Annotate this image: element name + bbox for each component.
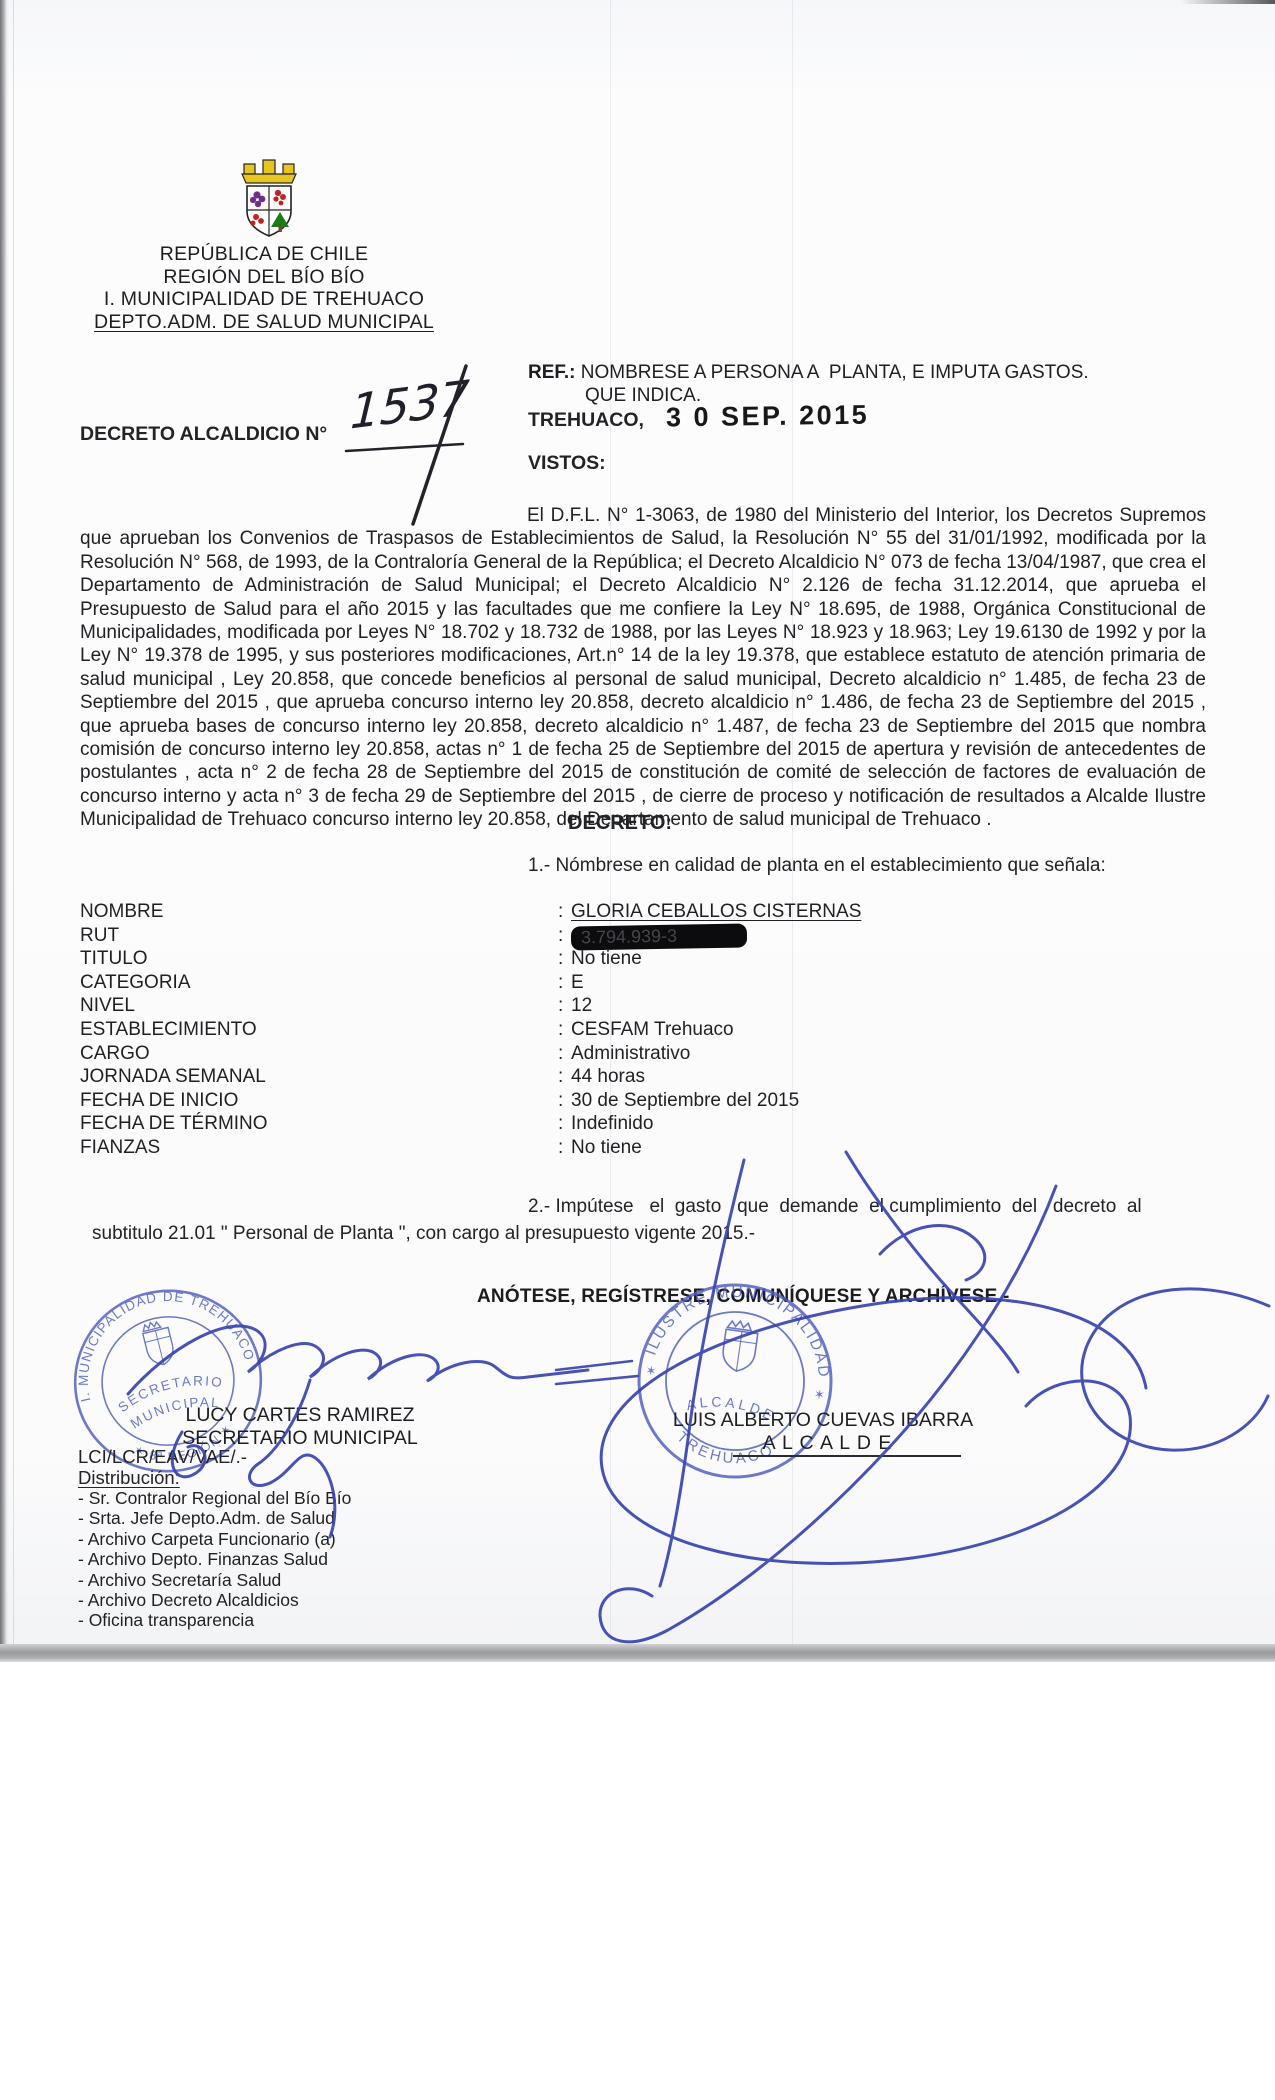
ref-line-1: REF.: NOMBRESE A PERSONA A PLANTA, E IMP… <box>528 362 1089 384</box>
secretary-name: LUCY CARTES RAMIREZ <box>172 1404 428 1427</box>
distribution-item: - Srta. Jefe Depto.Adm. de Salud <box>78 1508 351 1528</box>
field-label: RUT <box>80 925 558 947</box>
stamp-crest-icon <box>141 1319 177 1368</box>
mayor-stamp: ILUSTRE MUNICIPALIDAD TREHUACO ALCALDE ✶… <box>625 1282 845 1488</box>
place-line: TREHUACO, <box>528 409 644 432</box>
mayor-title: A L C A L D E <box>695 1432 960 1455</box>
letterhead-region: REGIÓN DEL BÍO BÍO <box>68 266 460 289</box>
distribution-list: - Sr. Contralor Regional del Bío Bío - S… <box>78 1488 351 1631</box>
field-row-cargo: CARGO : Administrativo <box>80 1043 1210 1067</box>
field-value: GLORIA CEBALLOS CISTERNAS <box>571 901 861 923</box>
field-value: 12 <box>571 995 592 1017</box>
letterhead-country: REPÚBLICA DE CHILE <box>68 243 460 266</box>
field-value: Indefinido <box>571 1113 653 1135</box>
redaction-bar: 3.794.939-3 <box>571 923 747 950</box>
distribution-item: - Archivo Carpeta Funcionario (a) <box>78 1529 351 1549</box>
scan-edge-bottom-shadow <box>0 1644 1275 1662</box>
fold-line <box>13 0 14 1644</box>
distribution-item: - Oficina transparencia <box>78 1610 351 1630</box>
field-row-nombre: NOMBRE : GLORIA CEBALLOS CISTERNAS <box>80 901 1210 925</box>
article-1: 1.- Nómbrese en calidad de planta en el … <box>528 855 1106 877</box>
field-colon: : <box>558 948 571 970</box>
initials-line: LCI/LCR/EAV/VAE/.- <box>78 1446 247 1468</box>
field-value: Administrativo <box>571 1043 690 1065</box>
field-label: CATEGORIA <box>80 972 558 994</box>
distribution-item: - Archivo Depto. Finanzas Salud <box>78 1549 351 1569</box>
decreto-heading: DECRETO: <box>568 812 672 835</box>
field-row-nivel: NIVEL : 12 <box>80 995 1210 1019</box>
field-value: 30 de Septiembre del 2015 <box>571 1090 799 1112</box>
field-row-fianzas: FIANZAS : No tiene <box>80 1137 1210 1161</box>
field-row-fecha-inicio: FECHA DE INICIO : 30 de Septiembre del 2… <box>80 1090 1210 1114</box>
distribution-item: - Sr. Contralor Regional del Bío Bío <box>78 1488 351 1508</box>
mayor-name: LUIS ALBERTO CUEVAS IBARRA <box>668 1409 978 1432</box>
article-2-line-2: subtitulo 21.01 " Personal de Planta ", … <box>92 1223 755 1245</box>
letterhead-municipality: I. MUNICIPALIDAD DE TREHUACO <box>68 288 460 311</box>
stamp-ring-top-text: I. MUNICIPALIDAD DE TREHUACO <box>63 1278 258 1404</box>
field-colon: : <box>558 1113 571 1135</box>
field-row-jornada: JORNADA SEMANAL : 44 horas <box>80 1066 1210 1090</box>
vistos-paragraph: El D.F.L. N° 1-3063, de 1980 del Ministe… <box>80 504 1206 832</box>
date-stamp: 3 0 SEP. 2015 <box>666 400 870 434</box>
field-row-establecimiento: ESTABLECIMIENTO : CESFAM Trehuaco <box>80 1019 1210 1043</box>
field-row-titulo: TITULO : No tiene <box>80 948 1210 972</box>
svg-text:I. MUNICIPALIDAD DE TREHUACO: I. MUNICIPALIDAD DE TREHUACO <box>63 1278 258 1404</box>
field-row-fecha-termino: FECHA DE TÉRMINO : Indefinido <box>80 1113 1210 1137</box>
field-colon: : <box>558 1066 571 1088</box>
mayor-title-underline <box>733 1455 961 1457</box>
field-row-categoria: CATEGORIA : E <box>80 972 1210 996</box>
field-label: FECHA DE INICIO <box>80 1090 558 1112</box>
stamp-star-right: ✶ <box>813 1386 826 1402</box>
stamp-star-left: ✶ <box>645 1363 658 1379</box>
field-label: NIVEL <box>80 995 558 1017</box>
field-value: No tiene <box>571 948 642 970</box>
field-colon: : <box>558 901 571 923</box>
vistos-label: VISTOS: <box>528 452 606 475</box>
field-label: FECHA DE TÉRMINO <box>80 1113 558 1135</box>
field-value: CESFAM Trehuaco <box>571 1019 734 1041</box>
ref-label: REF.: <box>528 362 576 383</box>
field-colon: : <box>558 972 571 994</box>
article-2-line-1: 2.- Impútese el gasto que demande el cum… <box>528 1196 1142 1218</box>
scan-edge-left <box>0 0 9 1655</box>
distribution-item: - Archivo Secretaría Salud <box>78 1570 351 1590</box>
decree-number-label: DECRETO ALCALDICIO N° <box>80 423 327 446</box>
field-label: CARGO <box>80 1043 558 1065</box>
scanned-document-page: REPÚBLICA DE CHILE REGIÓN DEL BÍO BÍO I.… <box>0 0 1275 2100</box>
field-label: TITULO <box>80 948 558 970</box>
stamp-crest-icon <box>721 1319 760 1373</box>
field-row-rut: RUT : 3.794.939-3 <box>80 925 1210 949</box>
distribution-item: - Archivo Decreto Alcaldicios <box>78 1590 351 1610</box>
field-value: 3.794.939-3 <box>581 925 677 947</box>
field-value: No tiene <box>571 1137 642 1159</box>
field-label: FIANZAS <box>80 1137 558 1159</box>
coat-of-arms-icon <box>230 153 308 247</box>
field-colon: : <box>558 1137 571 1159</box>
field-label: JORNADA SEMANAL <box>80 1066 558 1088</box>
field-colon: : <box>558 1090 571 1112</box>
distribution-label: Distribución: <box>78 1467 180 1489</box>
letterhead-department: DEPTO.ADM. DE SALUD MUNICIPAL <box>68 311 460 334</box>
scan-edge-top <box>1180 0 1275 4</box>
field-label: ESTABLECIMIENTO <box>80 1019 558 1041</box>
field-label: NOMBRE <box>80 901 558 923</box>
letterhead: REPÚBLICA DE CHILE REGIÓN DEL BÍO BÍO I.… <box>68 243 460 333</box>
field-value: E <box>571 972 584 994</box>
field-value: 44 horas <box>571 1066 645 1088</box>
field-colon: : <box>558 995 571 1017</box>
field-colon: : <box>558 1043 571 1065</box>
field-colon: : <box>558 1019 571 1041</box>
field-colon: : <box>558 925 571 947</box>
appointment-table: NOMBRE : GLORIA CEBALLOS CISTERNAS RUT :… <box>80 901 1210 1161</box>
